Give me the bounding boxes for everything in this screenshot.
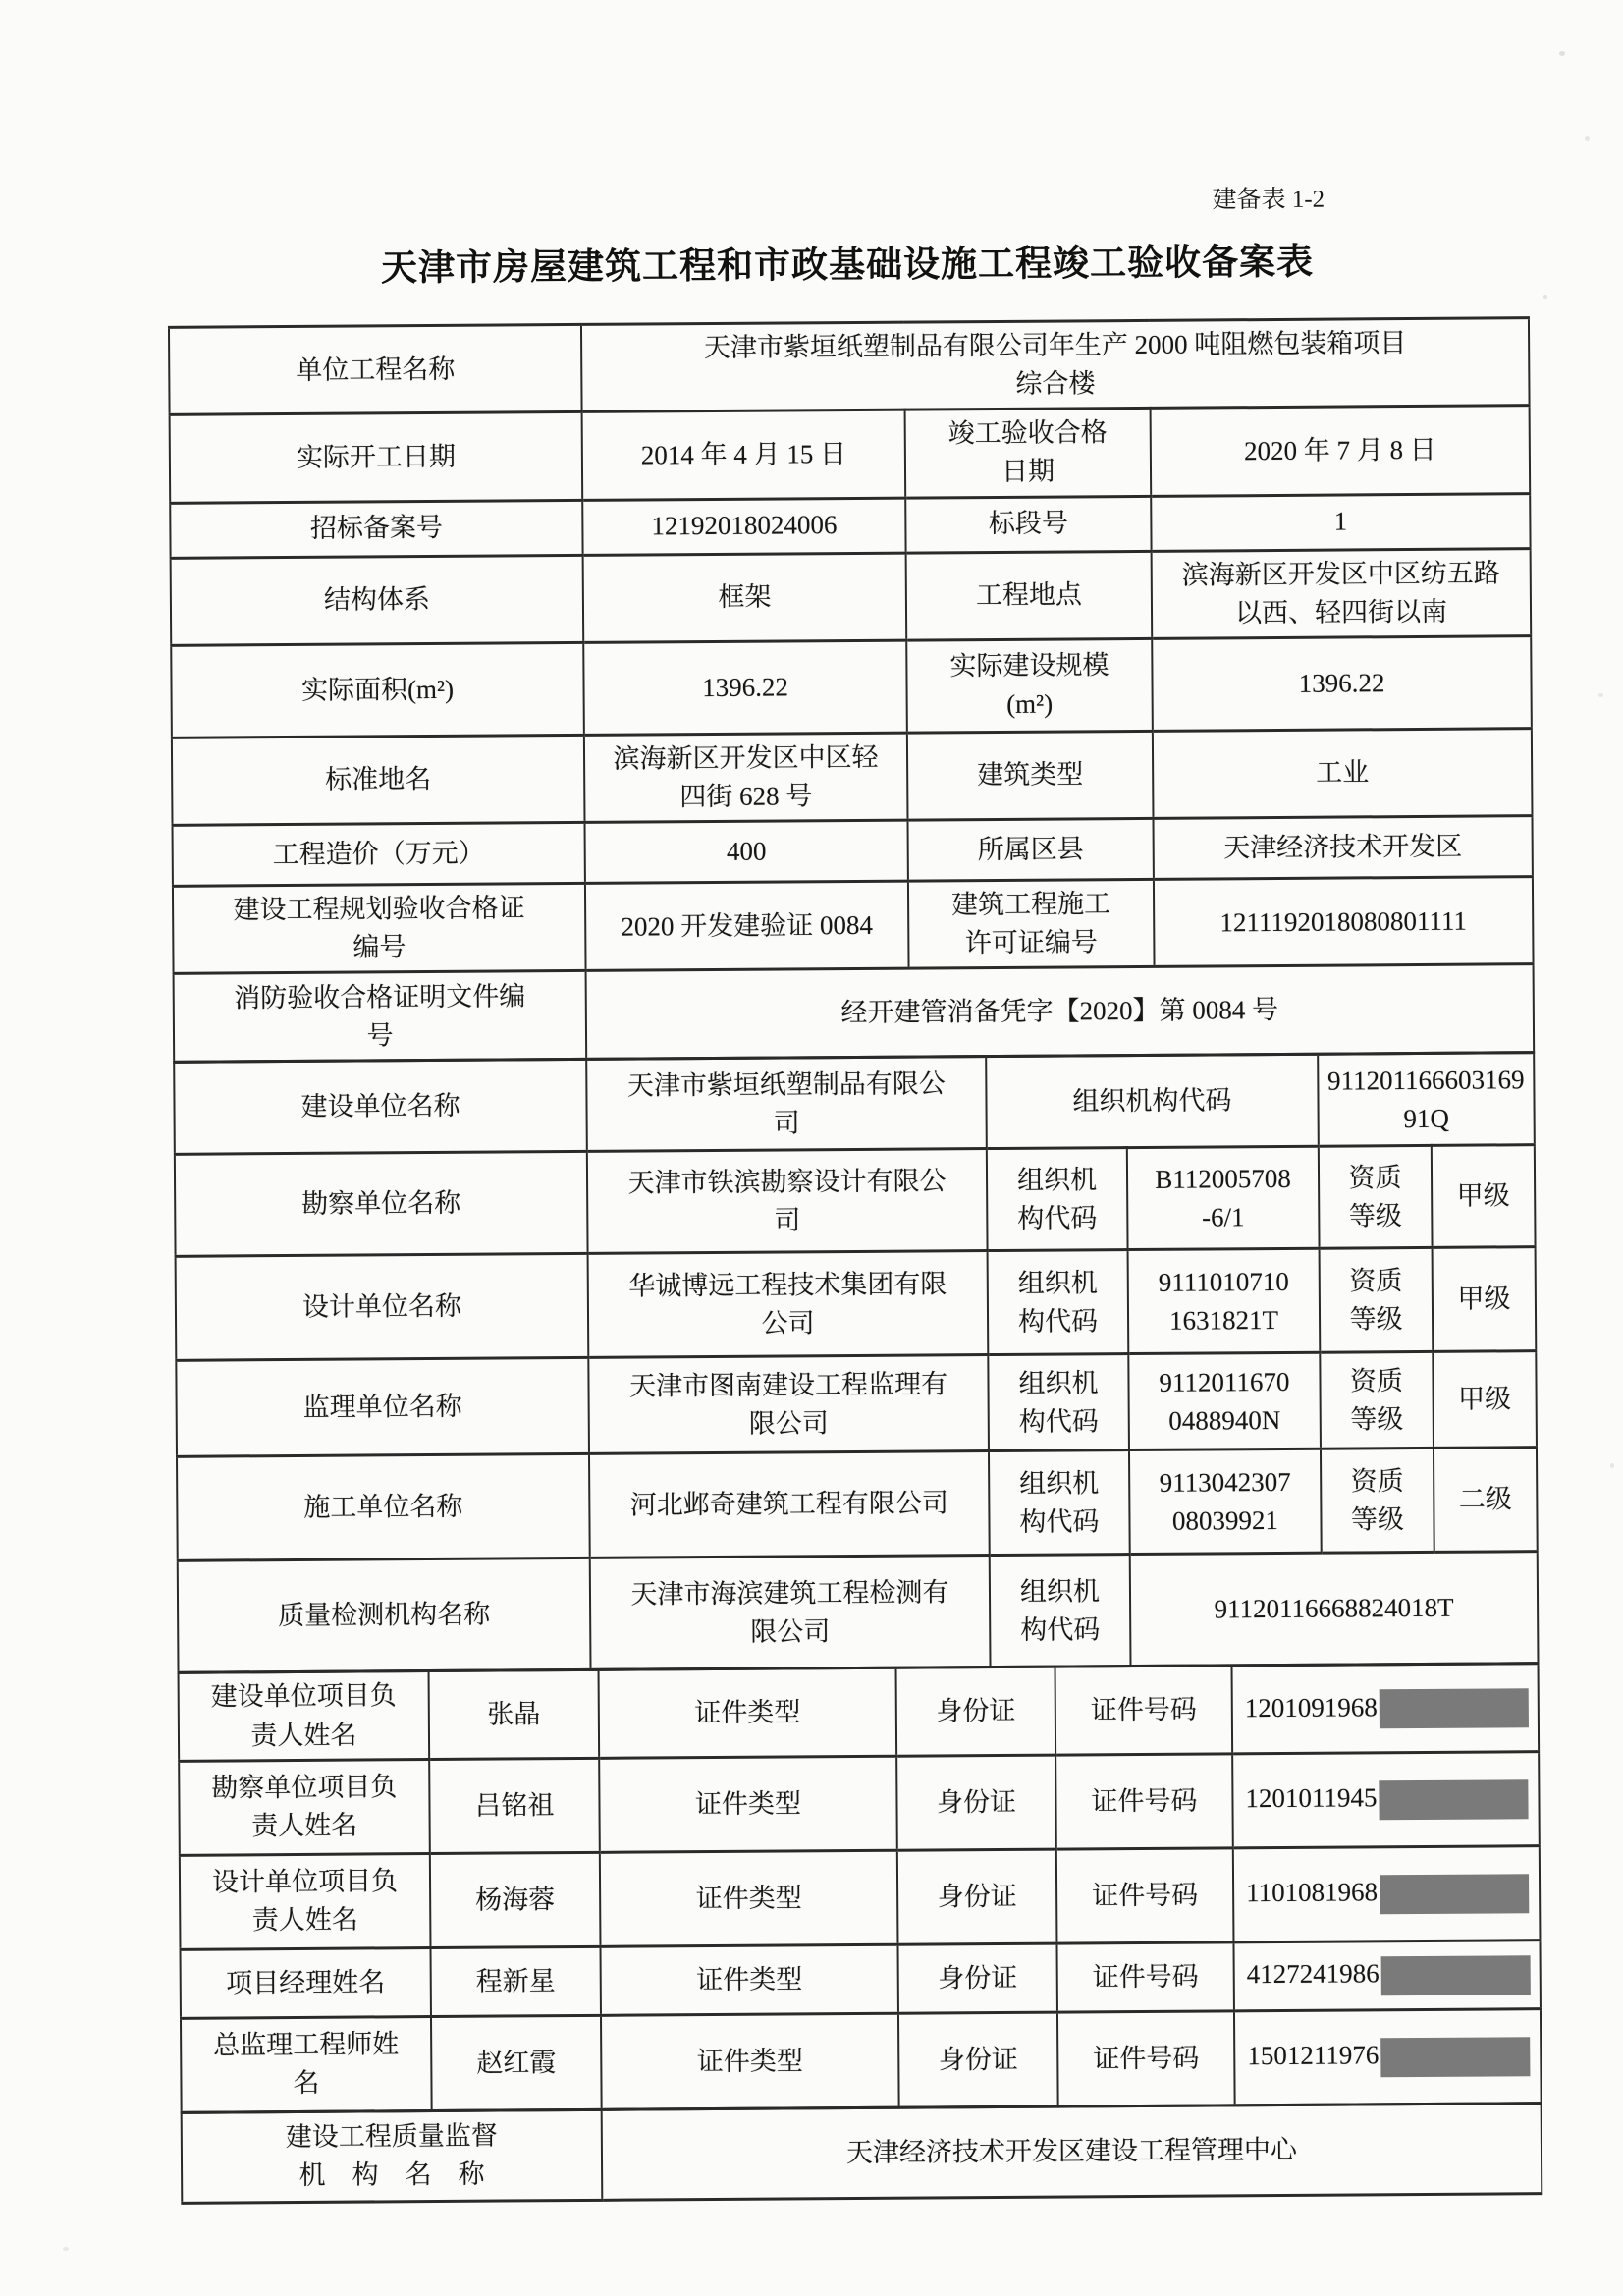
cost-value: 400 <box>585 820 908 883</box>
id-number: 1201091968 <box>1245 1692 1378 1722</box>
scan-speckle <box>63 2247 69 2251</box>
table-row: 实际开工日期 2014 年 4 月 15 日 竣工验收合格日期 2020 年 7… <box>170 406 1531 503</box>
supervision-unit-name: 天津市图南建设工程监理有限公司 <box>588 1355 989 1454</box>
survey-unit-name: 天津市铁滨勘察设计有限公司 <box>587 1149 988 1254</box>
cert-no-label: 证件号码 <box>1056 1942 1233 2012</box>
survey-pm-name: 吕铭祖 <box>429 1758 600 1853</box>
structure-label: 结构体系 <box>171 555 584 645</box>
scanned-page: 建备表 1-2 天津市房屋建筑工程和市政基础设施工程竣工验收备案表 单位工程名称… <box>0 0 1623 2296</box>
planning-cert-value: 2020 开发建验证 0084 <box>585 881 909 971</box>
building-type-value: 工业 <box>1153 729 1533 819</box>
construction-org-code-value: 91120116660316991Q <box>1318 1053 1535 1147</box>
scan-speckle <box>1543 295 1547 299</box>
design-unit-label: 设计单位名称 <box>176 1254 589 1361</box>
table-row: 总监理工程师姓名 赵红霞 证件类型 身份证 证件号码 1501211976 <box>181 2008 1542 2112</box>
contractor-org-code-label: 组织机构代码 <box>989 1450 1130 1556</box>
survey-pm-id: 1201011945 <box>1232 1751 1540 1847</box>
fire-cert-label: 消防验收合格证明文件编号 <box>174 971 587 1063</box>
design-org-code-value: 91110107101631821T <box>1128 1249 1321 1354</box>
table-row: 建设工程规划验收合格证编号 2020 开发建验证 0084 建筑工程施工许可证编… <box>173 877 1534 974</box>
redaction-block <box>1380 2037 1530 2077</box>
table-row: 项目经理姓名 程新星 证件类型 身份证 证件号码 4127241986 <box>181 1940 1541 2018</box>
bid-section-value: 1 <box>1151 493 1530 551</box>
table-row: 监理单位名称 天津市图南建设工程监理有限公司 组织机构代码 9112011670… <box>176 1351 1537 1457</box>
standard-place-value: 滨海新区开发区中区轻四街 628 号 <box>584 733 908 823</box>
table-row: 勘察单位项目负责人姓名 吕铭祖 证件类型 身份证 证件号码 1201011945 <box>179 1751 1540 1855</box>
cert-type-label: 证件类型 <box>599 1756 897 1852</box>
table-row: 勘察单位名称 天津市铁滨勘察设计有限公司 组织机构代码 B112005708-6… <box>175 1145 1536 1257</box>
contractor-grade-value: 二级 <box>1434 1448 1538 1553</box>
design-pm-label: 设计单位项目负责人姓名 <box>180 1853 431 1949</box>
table-row: 单位工程名称 天津市紫垣纸塑制品有限公司年生产 2000 吨阻燃包装箱项目综合楼 <box>169 318 1530 415</box>
bid-record-label: 招标备案号 <box>170 500 582 558</box>
design-unit-name: 华诚博远工程技术集团有限公司 <box>588 1251 989 1358</box>
design-org-code-label: 组织机构代码 <box>988 1250 1129 1355</box>
construction-org-code-label: 组织机构代码 <box>986 1055 1319 1149</box>
supervision-grade-value: 甲级 <box>1433 1351 1537 1449</box>
scan-speckle <box>1585 136 1590 141</box>
structure-value: 框架 <box>583 553 907 643</box>
location-label: 工程地点 <box>906 551 1153 640</box>
cert-no-label: 证件号码 <box>1057 2011 1235 2106</box>
construction-pm-name: 张晶 <box>429 1670 600 1759</box>
start-date-label: 实际开工日期 <box>170 412 583 503</box>
cert-type-value: 身份证 <box>897 1943 1056 2013</box>
table-row: 建设工程质量监督机 构 名 称 天津经济技术开发区建设工程管理中心 <box>182 2103 1542 2203</box>
cert-no-label: 证件号码 <box>1055 1754 1233 1849</box>
chief-supervisor-name: 赵红霞 <box>431 2015 602 2110</box>
bid-section-label: 标段号 <box>905 496 1151 553</box>
scan-speckle <box>1598 693 1603 697</box>
scan-speckle <box>1559 51 1565 56</box>
cert-type-value: 身份证 <box>897 1849 1057 1944</box>
id-number: 1201011945 <box>1245 1783 1377 1814</box>
cert-no-label: 证件号码 <box>1056 1848 1234 1943</box>
project-manager-name: 程新星 <box>430 1946 600 2016</box>
supervision-org-code-label: 组织机构代码 <box>988 1354 1129 1451</box>
cert-type-value: 身份证 <box>896 1667 1056 1755</box>
location-value: 滨海新区开发区中区纺五路以西、轻四街以南 <box>1152 548 1532 638</box>
table-row: 消防验收合格证明文件编号 经开建管消备凭字【2020】第 0084 号 <box>174 964 1535 1063</box>
table-row: 建设单位项目负责人姓名 张晶 证件类型 身份证 证件号码 1201091968 <box>179 1664 1540 1761</box>
survey-org-code-label: 组织机构代码 <box>987 1148 1128 1251</box>
survey-unit-label: 勘察单位名称 <box>175 1152 588 1257</box>
quality-test-unit-name: 天津市海滨建筑工程检测有限公司 <box>590 1556 991 1670</box>
personnel-table: 建设单位项目负责人姓名 张晶 证件类型 身份证 证件号码 1201091968 … <box>178 1663 1542 2114</box>
form-code: 建备表 1-2 <box>167 183 1527 224</box>
supervision-org-code-value: 91120116700488940N <box>1128 1353 1321 1450</box>
construction-unit-name: 天津市紫垣纸塑制品有限公司 <box>586 1057 987 1152</box>
accept-date-value: 2020 年 7 月 8 日 <box>1151 406 1531 496</box>
redaction-block <box>1381 1955 1531 1995</box>
building-type-label: 建筑类型 <box>907 731 1154 820</box>
table-row: 实际面积(m²) 1396.22 实际建设规模(m²) 1396.22 <box>171 636 1532 738</box>
scan-speckle <box>1610 1463 1614 1468</box>
quality-supervision-table: 建设工程质量监督机 构 名 称 天津经济技术开发区建设工程管理中心 <box>181 2102 1543 2205</box>
table-row: 工程造价（万元） 400 所属区县 天津经济技术开发区 <box>173 816 1533 887</box>
project-manager-id: 4127241986 <box>1233 1940 1540 2010</box>
start-date-value: 2014 年 4 月 15 日 <box>582 410 906 500</box>
cert-type-value: 身份证 <box>896 1755 1056 1850</box>
supervision-grade-label: 资质等级 <box>1320 1352 1434 1449</box>
quality-supervision-label: 建设工程质量监督机 构 名 称 <box>182 2109 603 2203</box>
construction-pm-label: 建设单位项目负责人姓名 <box>179 1671 430 1761</box>
quality-supervision-value: 天津经济技术开发区建设工程管理中心 <box>602 2103 1542 2200</box>
design-pm-id: 1101081968 <box>1233 1845 1541 1941</box>
cert-type-label: 证件类型 <box>601 2013 899 2109</box>
cert-type-value: 身份证 <box>898 2012 1058 2107</box>
cert-type-label: 证件类型 <box>600 1850 898 1946</box>
unit-project-value: 天津市紫垣纸塑制品有限公司年生产 2000 吨阻燃包装箱项目综合楼 <box>581 318 1530 412</box>
units-table: 建设单位名称 天津市紫垣纸塑制品有限公司 组织机构代码 911201166603… <box>173 1052 1539 1675</box>
construction-permit-label: 建筑工程施工许可证编号 <box>908 879 1155 968</box>
supervision-unit-label: 监理单位名称 <box>176 1358 589 1457</box>
cert-type-label: 证件类型 <box>599 1668 897 1758</box>
table-row: 结构体系 框架 工程地点 滨海新区开发区中区纺五路以西、轻四街以南 <box>171 548 1532 645</box>
project-manager-label: 项目经理姓名 <box>181 1947 431 2018</box>
design-grade-value: 甲级 <box>1433 1247 1537 1352</box>
fire-cert-value: 经开建管消备凭字【2020】第 0084 号 <box>586 964 1535 1060</box>
contractor-org-code-value: 911304230708039921 <box>1129 1449 1322 1555</box>
quality-test-unit-label: 质量检测机构名称 <box>178 1558 591 1673</box>
id-number: 1501211976 <box>1247 2041 1379 2071</box>
chief-supervisor-label: 总监理工程师姓名 <box>181 2016 432 2112</box>
id-number: 4127241986 <box>1247 1959 1380 1990</box>
survey-pm-label: 勘察单位项目负责人姓名 <box>179 1759 430 1855</box>
redaction-block <box>1380 1689 1529 1729</box>
standard-place-label: 标准地名 <box>172 735 585 825</box>
district-label: 所属区县 <box>907 818 1153 881</box>
bid-record-value: 12192018024006 <box>582 498 905 555</box>
id-number: 1101081968 <box>1246 1878 1378 1908</box>
basic-info-table: 单位工程名称 天津市紫垣纸塑制品有限公司年生产 2000 吨阻燃包装箱项目综合楼… <box>168 316 1535 1064</box>
redaction-block <box>1379 1779 1528 1820</box>
table-row: 标准地名 滨海新区开发区中区轻四街 628 号 建筑类型 工业 <box>172 729 1533 826</box>
actual-area-value: 1396.22 <box>583 640 907 735</box>
construction-pm-id: 1201091968 <box>1232 1664 1540 1753</box>
quality-test-org-code-value: 91120116668824018T <box>1130 1552 1539 1667</box>
table-row: 建设单位名称 天津市紫垣纸塑制品有限公司 组织机构代码 911201166603… <box>174 1053 1535 1155</box>
survey-org-code-value: B112005708-6/1 <box>1127 1147 1320 1250</box>
design-grade-label: 资质等级 <box>1320 1248 1434 1353</box>
district-value: 天津经济技术开发区 <box>1153 816 1532 880</box>
unit-project-label: 单位工程名称 <box>169 324 582 414</box>
table-row: 设计单位名称 华诚博远工程技术集团有限公司 组织机构代码 91110107101… <box>176 1247 1537 1361</box>
table-row: 施工单位名称 河北邺奇建筑工程有限公司 组织机构代码 9113042307080… <box>177 1448 1538 1561</box>
survey-grade-value: 甲级 <box>1432 1145 1536 1248</box>
cost-label: 工程造价（万元） <box>173 823 585 887</box>
accept-date-label: 竣工验收合格日期 <box>905 409 1152 498</box>
contractor-grade-label: 资质等级 <box>1321 1449 1434 1554</box>
actual-area-label: 实际面积(m²) <box>171 642 584 738</box>
chief-supervisor-id: 1501211976 <box>1234 2008 1542 2105</box>
planning-cert-label: 建设工程规划验收合格证编号 <box>173 884 586 974</box>
construction-unit-label: 建设单位名称 <box>174 1060 587 1155</box>
table-row: 设计单位项目负责人姓名 杨海蓉 证件类型 身份证 证件号码 1101081968 <box>180 1845 1541 1949</box>
quality-test-org-code-label: 组织机构代码 <box>990 1555 1131 1667</box>
cert-no-label: 证件号码 <box>1055 1666 1233 1755</box>
survey-grade-label: 资质等级 <box>1319 1146 1433 1249</box>
form-content: 建备表 1-2 天津市房屋建筑工程和市政基础设施工程竣工验收备案表 单位工程名称… <box>167 183 1541 2204</box>
page-title: 天津市房屋建筑工程和市政基础设施工程竣工验收备案表 <box>167 230 1527 293</box>
actual-scale-label: 实际建设规模(m²) <box>906 638 1153 733</box>
design-pm-name: 杨海蓉 <box>430 1852 601 1947</box>
actual-scale-value: 1396.22 <box>1152 636 1532 732</box>
table-row: 招标备案号 12192018024006 标段号 1 <box>170 493 1530 558</box>
table-row: 质量检测机构名称 天津市海滨建筑工程检测有限公司 组织机构代码 91120116… <box>178 1552 1539 1673</box>
contractor-unit-label: 施工单位名称 <box>177 1454 590 1561</box>
construction-permit-value: 1211192018080801111 <box>1154 877 1534 967</box>
contractor-unit-name: 河北邺奇建筑工程有限公司 <box>589 1451 990 1558</box>
redaction-block <box>1380 1874 1529 1914</box>
cert-type-label: 证件类型 <box>600 1944 897 2015</box>
